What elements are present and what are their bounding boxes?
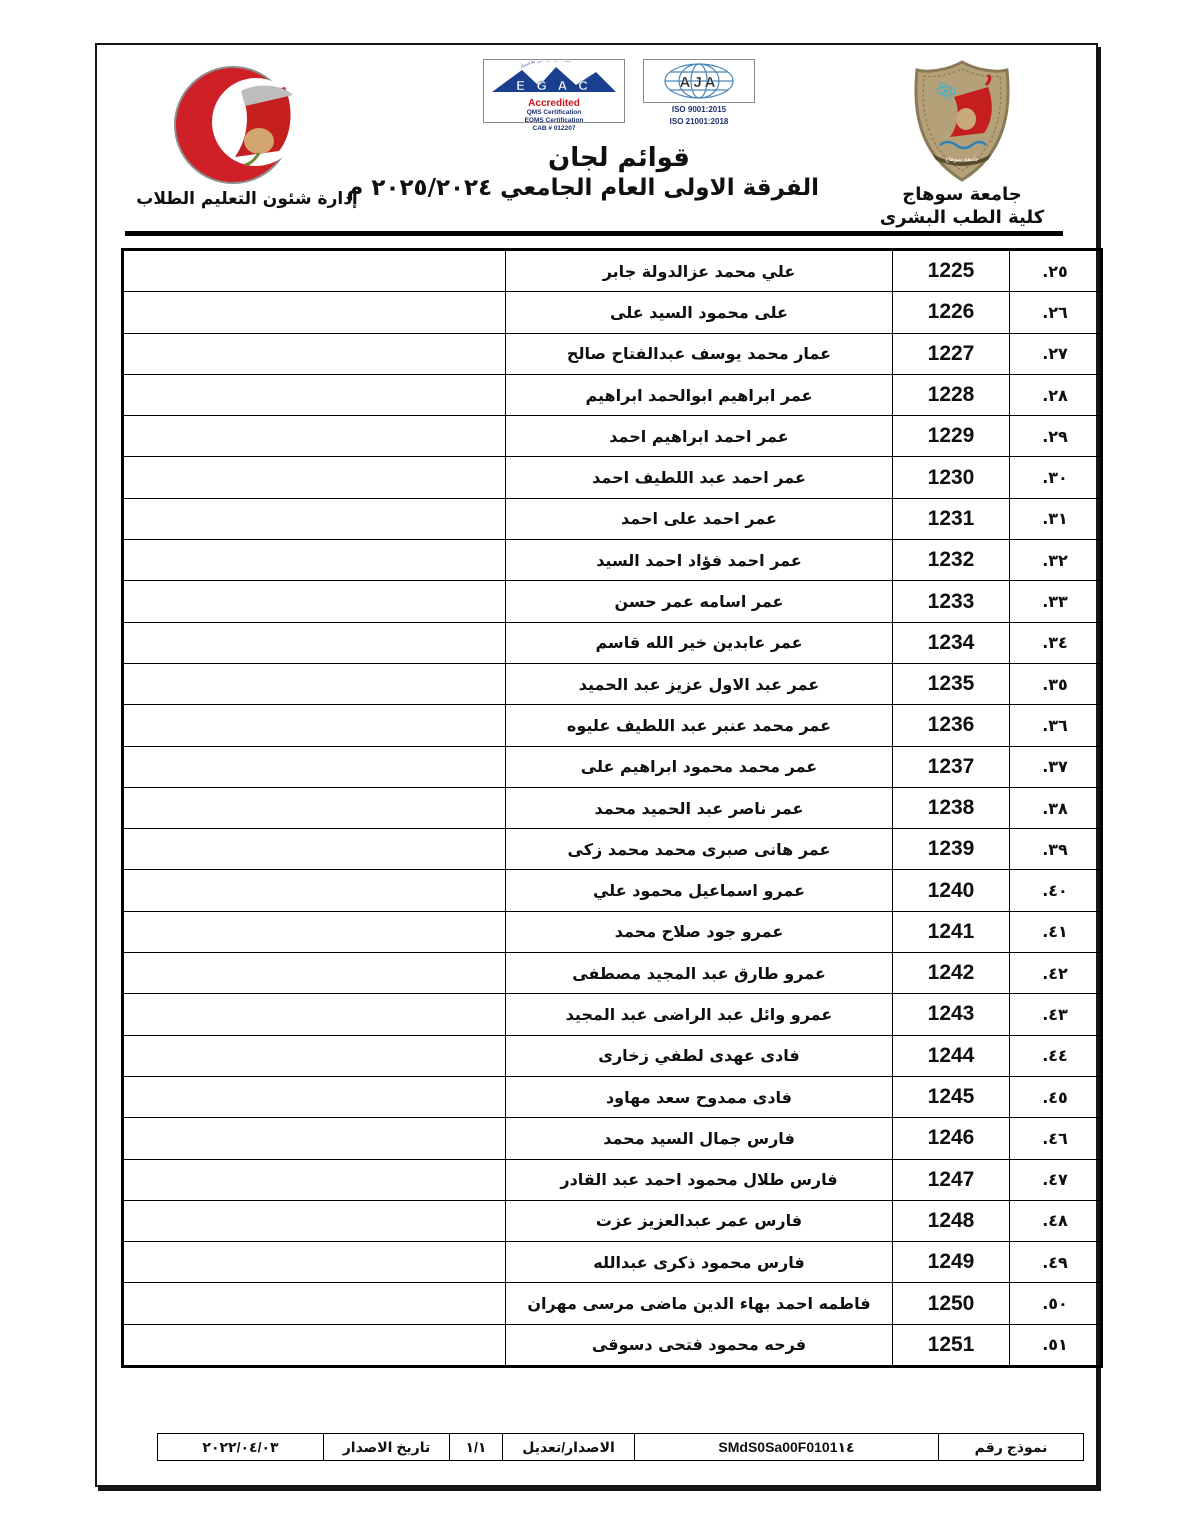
seat-number-cell: 1250 — [893, 1283, 1010, 1324]
form-control-footer: نموذج رقم SMdS0Sa00F0101١٤ الاصدار/تعديل… — [157, 1433, 1084, 1461]
student-name-cell: علي محمد عزالدولة جابر — [506, 250, 893, 292]
egac-cert-line-2: EOMS Certification — [484, 117, 624, 125]
student-table-body: ٢٥. 1225 علي محمد عزالدولة جابر ٢٦. 1226… — [123, 250, 1102, 1367]
seat-number-cell: 1238 — [893, 787, 1010, 828]
egac-arc-text: المجلس الوطنى للاعتماد — [519, 61, 572, 70]
student-row: ٣٥. 1235 عمر عبد الاول عزيز عبد الحميد — [123, 663, 1102, 704]
student-name-cell: عمر احمد عبد اللطيف احمد — [506, 457, 893, 498]
header-divider-rule — [125, 231, 1063, 236]
row-number-cell: ٣٢. — [1010, 540, 1102, 581]
row-number-cell: ٤٧. — [1010, 1159, 1102, 1200]
empty-cell — [123, 1242, 506, 1283]
row-number-cell: ٥٠. — [1010, 1283, 1102, 1324]
row-number-cell: ٤٨. — [1010, 1200, 1102, 1241]
faculty-crescent-logo: جامعة سوهاج كلية الطب — [147, 61, 337, 189]
student-name-cell: عمر ناصر عبد الحميد محمد — [506, 787, 893, 828]
seat-number-cell: 1229 — [893, 416, 1010, 457]
row-number-cell: ٣٣. — [1010, 581, 1102, 622]
student-row: ٣٣. 1233 عمر اسامه عمر حسن — [123, 581, 1102, 622]
seat-number-cell: 1247 — [893, 1159, 1010, 1200]
student-row: ٤٨. 1248 فارس عمر عبدالعزيز عزت — [123, 1200, 1102, 1241]
student-name-cell: عمر محمد عنبر عبد اللطيف عليوه — [506, 705, 893, 746]
student-row: ٤٢. 1242 عمرو طارق عبد المجيد مصطفى — [123, 953, 1102, 994]
row-number-cell: ٤٦. — [1010, 1118, 1102, 1159]
seat-number-cell: 1225 — [893, 250, 1010, 292]
pharaoh-face-shape — [244, 128, 274, 154]
student-name-cell: عمار محمد يوسف عبدالفتاح صالح — [506, 333, 893, 374]
student-name-cell: عمر احمد فؤاد احمد السيد — [506, 540, 893, 581]
row-number-cell: ٢٨. — [1010, 374, 1102, 415]
student-row: ٣٤. 1234 عمر عابدين خير الله قاسم — [123, 622, 1102, 663]
egac-accredited-label: Accredited — [484, 99, 624, 109]
student-name-cell: عمرو جود صلاح محمد — [506, 911, 893, 952]
row-number-cell: ٤١. — [1010, 911, 1102, 952]
row-number-cell: ٣٧. — [1010, 746, 1102, 787]
student-row: ٤٤. 1244 فادى عهدى لطفي زخارى — [123, 1035, 1102, 1076]
row-number-cell: ٣١. — [1010, 498, 1102, 539]
empty-cell — [123, 1324, 506, 1366]
student-row: ٣٢. 1232 عمر احمد فؤاد احمد السيد — [123, 540, 1102, 581]
university-caption: جامعة سوهاج كلية الطب البشرى — [867, 183, 1057, 229]
seat-number-cell: 1233 — [893, 581, 1010, 622]
seat-number-cell: 1236 — [893, 705, 1010, 746]
row-number-cell: ٤٤. — [1010, 1035, 1102, 1076]
shield-caption-text: جامعة سوهاج — [945, 156, 979, 163]
row-number-cell: ٤٩. — [1010, 1242, 1102, 1283]
aja-registrars-logo: AJA — [643, 59, 755, 103]
row-number-cell: ٤٠. — [1010, 870, 1102, 911]
empty-cell — [123, 787, 506, 828]
student-row: ٤١. 1241 عمرو جود صلاح محمد — [123, 911, 1102, 952]
student-row: ٢٨. 1228 عمر ابراهيم ابوالحمد ابراهيم — [123, 374, 1102, 415]
student-name-cell: عمر احمد ابراهيم احمد — [506, 416, 893, 457]
row-number-cell: ٣٦. — [1010, 705, 1102, 746]
student-row: ٣٩. 1239 عمر هانى صبرى محمد محمد زكى — [123, 829, 1102, 870]
student-row: ٢٧. 1227 عمار محمد يوسف عبدالفتاح صالح — [123, 333, 1102, 374]
seat-number-cell: 1234 — [893, 622, 1010, 663]
student-name-cell: فارس عمر عبدالعزيز عزت — [506, 1200, 893, 1241]
seat-number-cell: 1239 — [893, 829, 1010, 870]
seat-number-cell: 1232 — [893, 540, 1010, 581]
student-name-cell: فرحه محمود فتحى دسوقى — [506, 1324, 893, 1366]
student-name-cell: على محمود السيد على — [506, 292, 893, 333]
empty-cell — [123, 705, 506, 746]
student-name-cell: عمرو اسماعيل محمود علي — [506, 870, 893, 911]
egac-letters: E G A C — [516, 78, 591, 93]
empty-cell — [123, 374, 506, 415]
student-row: ٤٣. 1243 عمرو وائل عبد الراضى عبد المجيد — [123, 994, 1102, 1035]
student-row: ٥٠. 1250 فاطمه احمد بهاء الدين ماضى مرسى… — [123, 1283, 1102, 1324]
empty-cell — [123, 1200, 506, 1241]
empty-cell — [123, 663, 506, 704]
form-number-label: نموذج رقم — [939, 1434, 1084, 1461]
row-number-cell: ٢٧. — [1010, 333, 1102, 374]
student-name-cell: فاطمه احمد بهاء الدين ماضى مرسى مهران — [506, 1283, 893, 1324]
committee-students-table: ٢٥. 1225 علي محمد عزالدولة جابر ٢٦. 1226… — [121, 248, 1103, 1368]
empty-cell — [123, 953, 506, 994]
student-name-cell: فادى ممدوح سعد مهاود — [506, 1076, 893, 1117]
student-name-cell: فارس طلال محمود احمد عبد القادر — [506, 1159, 893, 1200]
row-number-cell: ٢٦. — [1010, 292, 1102, 333]
empty-cell — [123, 498, 506, 539]
row-number-cell: ٤٢. — [1010, 953, 1102, 994]
seat-number-cell: 1246 — [893, 1118, 1010, 1159]
student-row: ٢٩. 1229 عمر احمد ابراهيم احمد — [123, 416, 1102, 457]
row-number-cell: ٢٩. — [1010, 416, 1102, 457]
egac-accreditation-logo: المجلس الوطنى للاعتماد E G A C Accredite… — [483, 59, 625, 123]
student-name-cell: عمر عبد الاول عزيز عبد الحميد — [506, 663, 893, 704]
university-shield-logo: جامعة سوهاج — [897, 57, 1027, 185]
department-label: إدارة شئون التعليم الطلاب — [127, 189, 367, 209]
empty-cell — [123, 829, 506, 870]
seat-number-cell: 1243 — [893, 994, 1010, 1035]
student-name-cell: فارس محمود ذكرى عبدالله — [506, 1242, 893, 1283]
seat-number-cell: 1228 — [893, 374, 1010, 415]
student-name-cell: عمرو طارق عبد المجيد مصطفى — [506, 953, 893, 994]
empty-cell — [123, 1035, 506, 1076]
empty-cell — [123, 292, 506, 333]
seat-number-cell: 1244 — [893, 1035, 1010, 1076]
row-number-cell: ٢٥. — [1010, 250, 1102, 292]
empty-cell — [123, 457, 506, 498]
page-border-frame: جامعة سوهاج كلية الطب إدارة شئون التعليم… — [95, 43, 1098, 1487]
student-row: ٤٥. 1245 فادى ممدوح سعد مهاود — [123, 1076, 1102, 1117]
seat-number-cell: 1235 — [893, 663, 1010, 704]
aja-letters: AJA — [679, 74, 718, 91]
shield-face-shape — [956, 108, 976, 130]
student-name-cell: فادى عهدى لطفي زخارى — [506, 1035, 893, 1076]
issue-date-label: تاريخ الاصدار — [324, 1434, 450, 1461]
seat-number-cell: 1230 — [893, 457, 1010, 498]
student-row: ٢٦. 1226 على محمود السيد على — [123, 292, 1102, 333]
student-row: ٥١. 1251 فرحه محمود فتحى دسوقى — [123, 1324, 1102, 1366]
empty-cell — [123, 1076, 506, 1117]
row-number-cell: ٣٨. — [1010, 787, 1102, 828]
student-name-cell: فارس جمال السيد محمد — [506, 1118, 893, 1159]
student-name-cell: عمرو وائل عبد الراضى عبد المجيد — [506, 994, 893, 1035]
student-row: ٣٨. 1238 عمر ناصر عبد الحميد محمد — [123, 787, 1102, 828]
student-row: ٣٦. 1236 عمر محمد عنبر عبد اللطيف عليوه — [123, 705, 1102, 746]
student-name-cell: عمر محمد محمود ابراهيم على — [506, 746, 893, 787]
student-row: ٣١. 1231 عمر احمد على احمد — [123, 498, 1102, 539]
egac-cert-line-3: CAB # 012207 — [484, 125, 624, 133]
seat-number-cell: 1248 — [893, 1200, 1010, 1241]
seat-number-cell: 1249 — [893, 1242, 1010, 1283]
student-row: ٤٦. 1246 فارس جمال السيد محمد — [123, 1118, 1102, 1159]
student-row: ٤٩. 1249 فارس محمود ذكرى عبدالله — [123, 1242, 1102, 1283]
seat-number-cell: 1240 — [893, 870, 1010, 911]
faculty-name: كلية الطب البشرى — [867, 206, 1057, 229]
seat-number-cell: 1251 — [893, 1324, 1010, 1366]
form-number-code: SMdS0Sa00F0101١٤ — [718, 1439, 854, 1455]
student-name-cell: عمر هانى صبرى محمد محمد زكى — [506, 829, 893, 870]
empty-cell — [123, 911, 506, 952]
empty-cell — [123, 622, 506, 663]
empty-cell — [123, 1159, 506, 1200]
page-title: قوائم لجان — [419, 143, 819, 173]
row-number-cell: ٥١. — [1010, 1324, 1102, 1366]
empty-cell — [123, 746, 506, 787]
document-page: جامعة سوهاج كلية الطب إدارة شئون التعليم… — [0, 0, 1187, 1536]
student-row: ٤٧. 1247 فارس طلال محمود احمد عبد القادر — [123, 1159, 1102, 1200]
header-center-block: المجلس الوطنى للاعتماد E G A C Accredite… — [419, 59, 819, 203]
student-name-cell: عمر ابراهيم ابوالحمد ابراهيم — [506, 374, 893, 415]
row-number-cell: ٤٥. — [1010, 1076, 1102, 1117]
university-name: جامعة سوهاج — [867, 183, 1057, 206]
seat-number-cell: 1242 — [893, 953, 1010, 994]
row-number-cell: ٣٠. — [1010, 457, 1102, 498]
empty-cell — [123, 416, 506, 457]
row-number-cell: ٣٤. — [1010, 622, 1102, 663]
student-row: ٣٧. 1237 عمر محمد محمود ابراهيم على — [123, 746, 1102, 787]
seat-number-cell: 1226 — [893, 292, 1010, 333]
empty-cell — [123, 250, 506, 292]
aja-iso-line-1: ISO 9001:2015 — [643, 105, 755, 115]
egac-cert-line-1: QMS Certification — [484, 109, 624, 117]
empty-cell — [123, 333, 506, 374]
empty-cell — [123, 540, 506, 581]
page-subtitle: الفرقة الاولى العام الجامعي ٢٠٢٥/٢٠٢٤ م — [419, 173, 819, 203]
empty-cell — [123, 870, 506, 911]
empty-cell — [123, 1283, 506, 1324]
row-number-cell: ٣٩. — [1010, 829, 1102, 870]
student-name-cell: عمر اسامه عمر حسن — [506, 581, 893, 622]
seat-number-cell: 1241 — [893, 911, 1010, 952]
seat-number-cell: 1227 — [893, 333, 1010, 374]
student-row: ٤٠. 1240 عمرو اسماعيل محمود علي — [123, 870, 1102, 911]
student-name-cell: عمر احمد على احمد — [506, 498, 893, 539]
seat-number-cell: 1231 — [893, 498, 1010, 539]
student-row: ٣٠. 1230 عمر احمد عبد اللطيف احمد — [123, 457, 1102, 498]
form-number-value: SMdS0Sa00F0101١٤ — [635, 1434, 939, 1461]
seat-number-cell: 1245 — [893, 1076, 1010, 1117]
empty-cell — [123, 581, 506, 622]
row-number-cell: ٤٣. — [1010, 994, 1102, 1035]
seat-number-cell: 1237 — [893, 746, 1010, 787]
empty-cell — [123, 994, 506, 1035]
row-number-cell: ٣٥. — [1010, 663, 1102, 704]
empty-cell — [123, 1118, 506, 1159]
issue-revision-value: ١/١ — [450, 1434, 503, 1461]
issue-revision-label: الاصدار/تعديل — [503, 1434, 635, 1461]
issue-date-value: ٢٠٢٢/٠٤/٠٣ — [158, 1434, 324, 1461]
student-row: ٢٥. 1225 علي محمد عزالدولة جابر — [123, 250, 1102, 292]
student-name-cell: عمر عابدين خير الله قاسم — [506, 622, 893, 663]
svg-text:المجلس الوطنى للاعتماد: المجلس الوطنى للاعتماد — [519, 61, 572, 70]
aja-iso-line-2: ISO 21001:2018 — [643, 117, 755, 127]
